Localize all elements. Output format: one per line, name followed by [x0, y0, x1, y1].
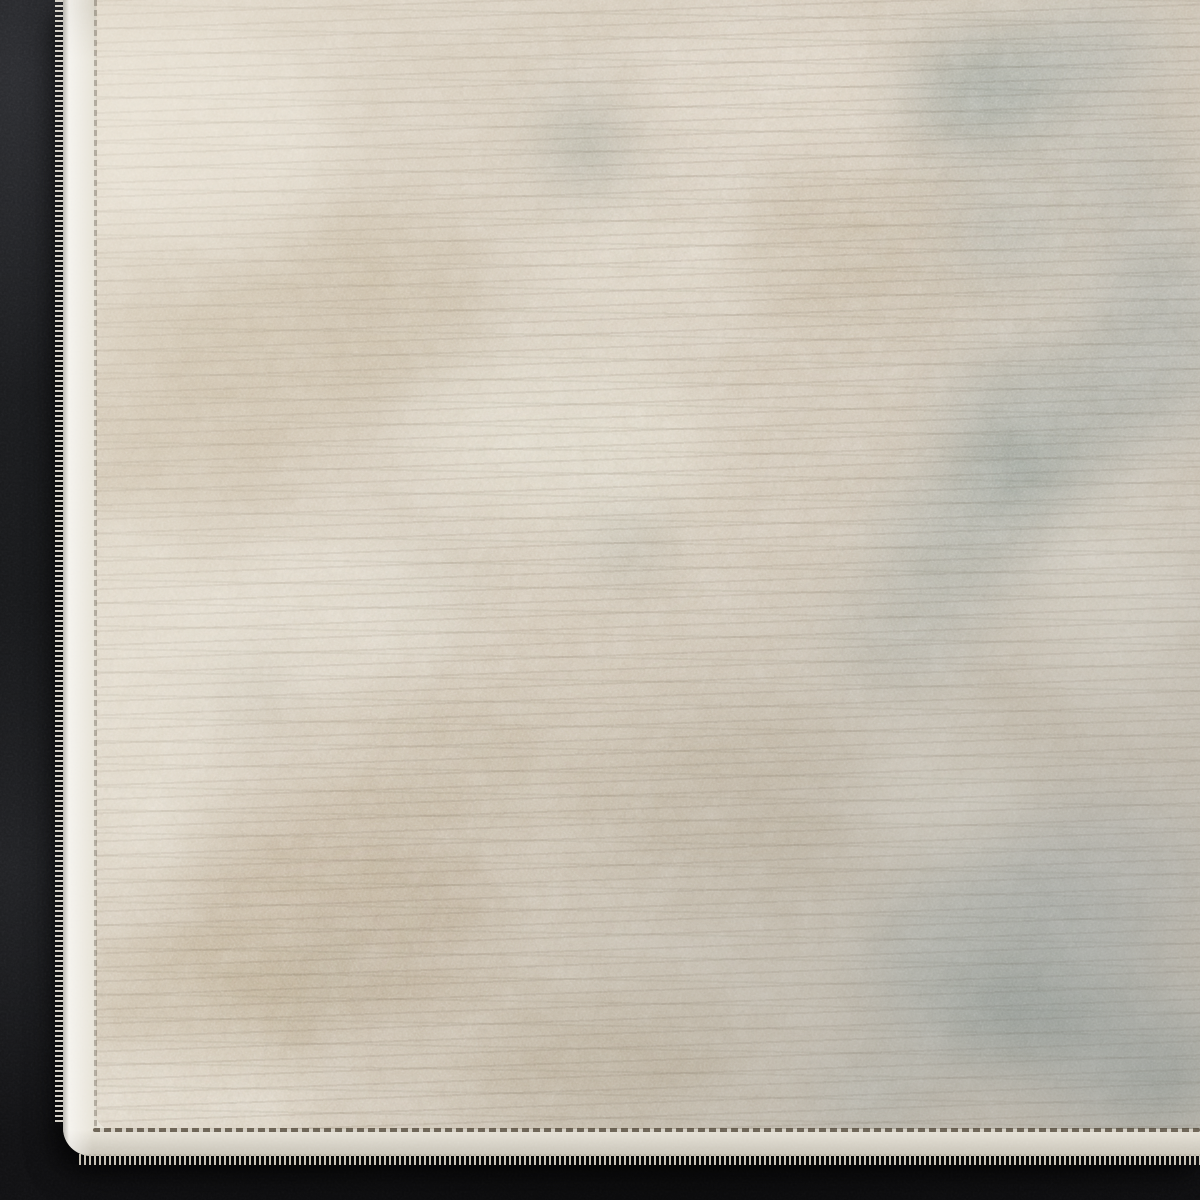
rug-product-photo	[0, 0, 1200, 1200]
bottom-stitch-seam	[93, 1128, 1200, 1132]
rug-texture-graphic	[96, 0, 1200, 1129]
rug-pile	[96, 0, 1200, 1129]
left-stitch-seam	[94, 0, 97, 1130]
rug	[63, 0, 1200, 1156]
pile-fine-grain	[96, 0, 1200, 1129]
rug-left-fringe	[55, 0, 65, 1122]
rug-bottom-fringe	[79, 1154, 1200, 1165]
